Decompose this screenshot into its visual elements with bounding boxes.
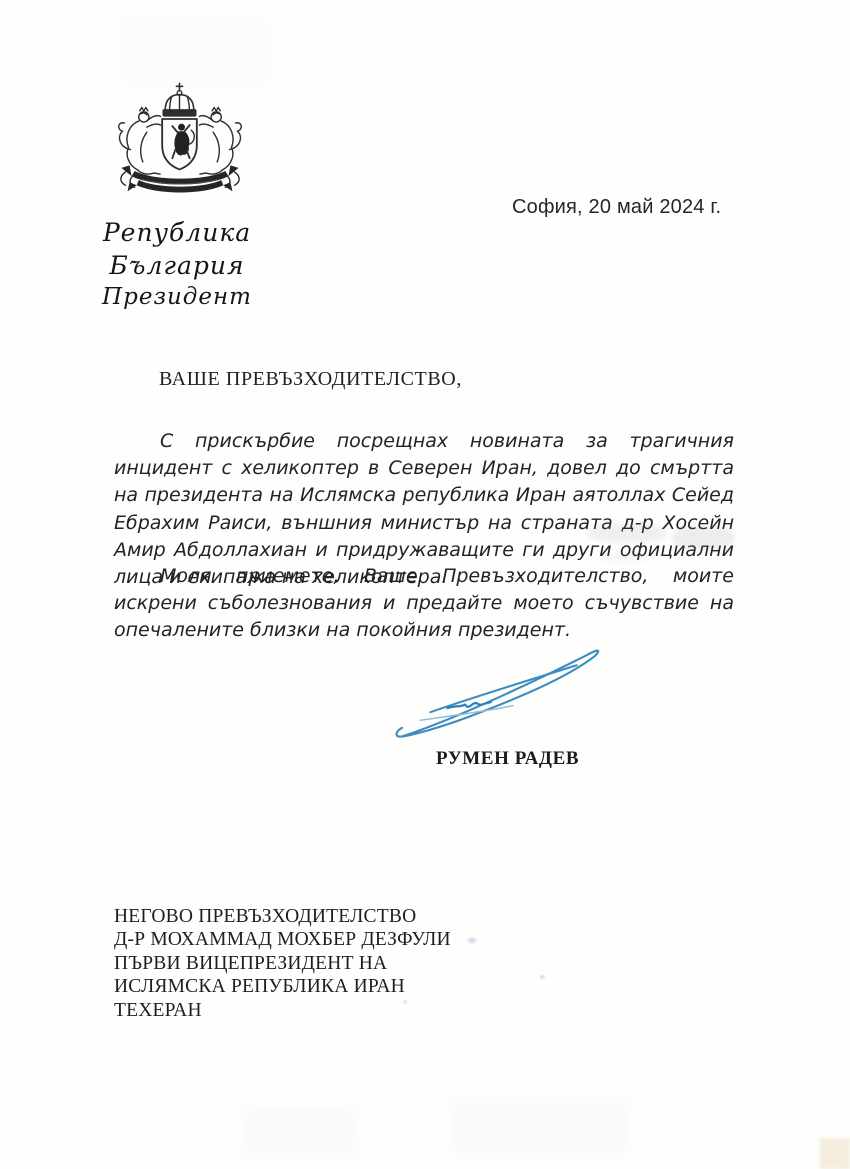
- scan-artifact-speck: [468, 938, 476, 943]
- recipient-line: Д-Р МОХАММАД МОХБЕР ДЕЗФУЛИ: [114, 928, 451, 951]
- letterhead: Република България Президент: [52, 216, 302, 313]
- handwritten-signature: [392, 641, 614, 743]
- bulgarian-coat-of-arms-icon: [101, 82, 259, 210]
- scanned-letter-page: Република България Президент София, 20 м…: [0, 0, 850, 1169]
- letterhead-country: Република България: [52, 216, 302, 282]
- scan-artifact-haze: [240, 1105, 360, 1155]
- recipient-line: НЕГОВО ПРЕВЪЗХОДИТЕЛСТВО: [114, 905, 451, 928]
- salutation: ВАШЕ ПРЕВЪЗХОДИТЕЛСТВО,: [159, 368, 462, 391]
- scan-artifact-speck: [540, 975, 545, 979]
- recipient-line: ПЪРВИ ВИЦЕПРЕЗИДЕНТ НА: [114, 952, 451, 975]
- signer-name: РУМЕН РАДЕВ: [436, 748, 579, 770]
- letterhead-office: Президент: [52, 282, 302, 313]
- scan-artifact-edge-stain: [820, 1138, 850, 1169]
- recipient-line: ИСЛЯМСКА РЕПУБЛИКА ИРАН: [114, 975, 451, 998]
- recipient-address-block: НЕГОВО ПРЕВЪЗХОДИТЕЛСТВО Д-Р МОХАММАД МО…: [114, 905, 451, 1022]
- scan-artifact-haze: [120, 15, 270, 85]
- body-paragraph-2: Моля приемете, Ваше Превъзходителство, м…: [114, 563, 734, 645]
- scan-artifact-haze: [450, 1100, 630, 1155]
- date-line: София, 20 май 2024 г.: [512, 196, 721, 219]
- recipient-line: ТЕХЕРАН: [114, 999, 451, 1022]
